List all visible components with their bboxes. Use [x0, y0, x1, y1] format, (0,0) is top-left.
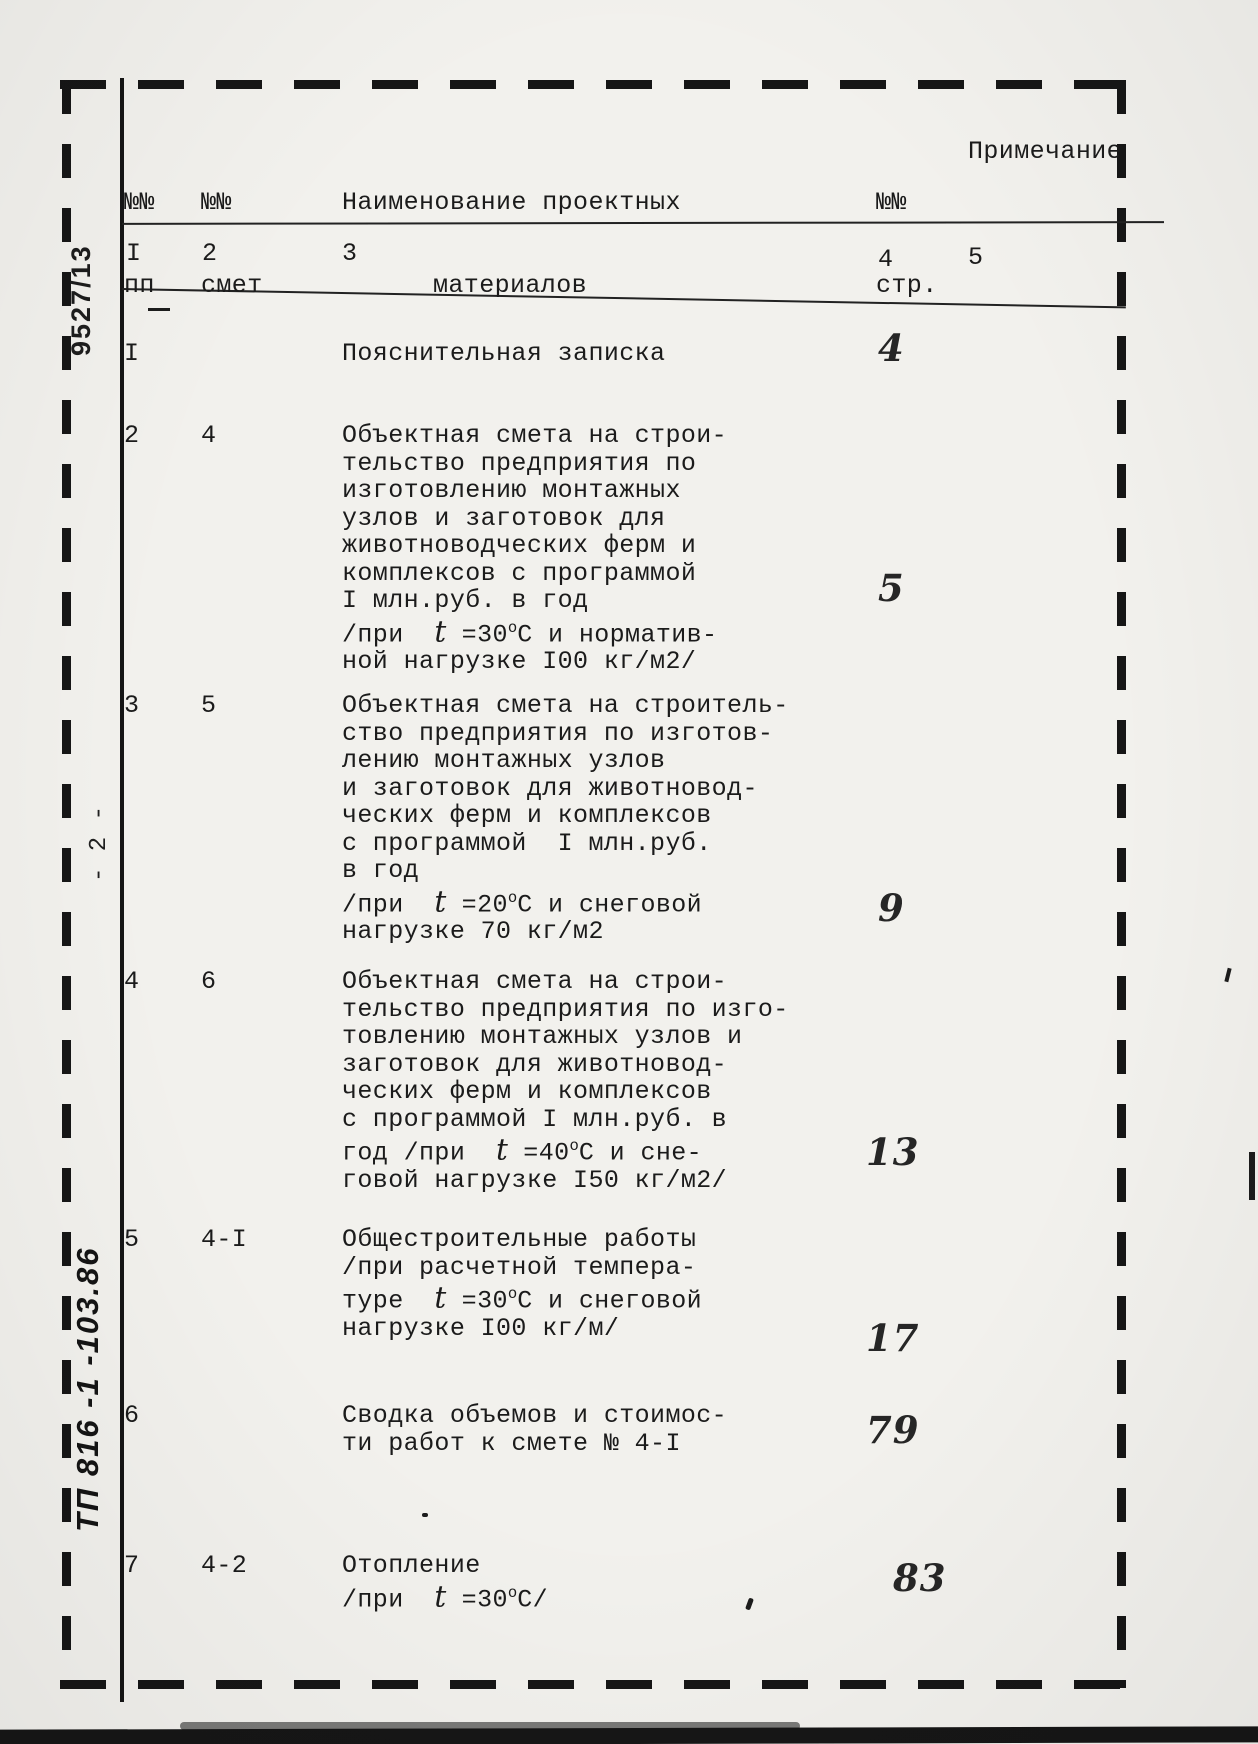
estimate-number: 4-I: [201, 1226, 247, 1254]
row-title: Пояснительная записка: [342, 340, 665, 368]
scan-artifact: [1224, 968, 1231, 983]
scan-artifact: [1249, 1152, 1255, 1200]
row-title-line: нагрузке I00 кг/м/: [342, 1315, 702, 1343]
row-title-line: товлению монтажных узлов и: [342, 1023, 789, 1051]
header-col-name: Наименование проектных материалов: [342, 134, 678, 354]
row-title-line: /при t =30oC/: [342, 1580, 548, 1614]
header-col-name-line1: Наименование проектных: [342, 189, 678, 217]
row-title-line: с программой I млн.руб. в: [342, 1106, 789, 1134]
row-number: 6: [124, 1402, 139, 1430]
row-title-line: год /при t =40oC и сне-: [342, 1133, 789, 1167]
row-title-line: тельство предприятия по изго-: [342, 996, 789, 1024]
row-title-line: ти работ к смете № 4-I: [342, 1430, 727, 1458]
row-number: 7: [124, 1552, 139, 1580]
header-col-page: №№ стр.: [876, 134, 938, 354]
column-number-4: 4: [878, 246, 893, 274]
sheet-number-label: - 2 -: [86, 805, 114, 882]
column-number-5: 5: [968, 244, 983, 272]
row-title-line: с программой I млн.руб.: [342, 830, 789, 858]
row-title-line: тельство предприятия по: [342, 450, 727, 478]
estimate-number: 5: [201, 692, 216, 720]
row-title-line: узлов и заготовок для: [342, 505, 727, 533]
header-col-page-line1: №№: [876, 189, 938, 217]
row-title-line: Пояснительная записка: [342, 340, 665, 368]
row-number: I: [124, 340, 139, 368]
page-number: 13: [866, 1130, 920, 1174]
row-title: Сводка объемов и стоимос-ти работ к смет…: [342, 1402, 727, 1457]
page-number: 4: [878, 326, 905, 370]
page-number: 5: [878, 566, 905, 610]
row-number: 5: [124, 1226, 139, 1254]
row-title: Отопление/при t =30oC/: [342, 1552, 548, 1613]
border-bottom: [60, 1680, 1126, 1689]
page-number: 79: [866, 1408, 920, 1452]
project-code-stamp: ТП 816 -1 -103.86: [70, 1247, 106, 1533]
border-right: [1117, 80, 1126, 1688]
row-title-line: ной нагрузке I00 кг/м2/: [342, 648, 727, 676]
row-number: 2: [124, 422, 139, 450]
row-title-line: Общестроительные работы: [342, 1226, 702, 1254]
estimate-number: 6: [201, 968, 216, 996]
column-number-3: 3: [342, 240, 357, 268]
row-title-line: /при расчетной темпера-: [342, 1254, 702, 1282]
row-title: Объектная смета на строи-тельство предпр…: [342, 422, 727, 676]
row-title-line: Объектная смета на строитель-: [342, 692, 789, 720]
row-title-line: Сводка объемов и стоимос-: [342, 1402, 727, 1430]
row-number: 3: [124, 692, 139, 720]
row-title-line: лению монтажных узлов: [342, 747, 789, 775]
row-title-line: ство предприятия по изготов-: [342, 720, 789, 748]
header-col-pp-line1: №№: [124, 189, 186, 217]
header-col-note: Примечание: [968, 138, 1122, 166]
border-top: [60, 80, 1126, 89]
scanned-page: 9527/13 - 2 - ТП 816 -1 -103.86 №№ пп №№…: [0, 0, 1258, 1744]
row-title-line: туре t =30oC и снеговой: [342, 1281, 702, 1315]
header-col-name-line2: материалов: [342, 272, 678, 300]
row-title-line: ческих ферм и комплексов: [342, 802, 789, 830]
row-title-line: говой нагрузке I50 кг/м2/: [342, 1167, 789, 1195]
row-title-line: /при t =20oC и снеговой: [342, 885, 789, 919]
row-title-line: I млн.руб. в год: [342, 587, 727, 615]
page-number: 83: [893, 1556, 947, 1600]
scan-artifact: [422, 1513, 428, 1517]
inventory-number-stamp: 9527/13: [66, 244, 97, 356]
page-number: 17: [866, 1316, 920, 1360]
row-title-line: комплексов с программой: [342, 560, 727, 588]
row-title-line: ческих ферм и комплексов: [342, 1078, 789, 1106]
scan-artifact: [745, 1598, 754, 1611]
estimate-number: 4: [201, 422, 216, 450]
row-title-line: Объектная смета на строи-: [342, 968, 789, 996]
header-col-smeta-line1: №№: [201, 189, 263, 217]
row-title-line: /при t =30oC и норматив-: [342, 615, 727, 649]
row-title-line: Отопление: [342, 1552, 548, 1580]
row-number: 4: [124, 968, 139, 996]
row-title: Объектная смета на строитель-ство предпр…: [342, 692, 789, 946]
row-title-line: и заготовок для животновод-: [342, 775, 789, 803]
header-col-page-line2: стр.: [876, 272, 938, 300]
row-title-line: нагрузке 70 кг/м2: [342, 918, 789, 946]
header-col-pp-line2: пп: [124, 272, 186, 300]
page-number: 9: [878, 886, 905, 930]
row-title-line: изготовлению монтажных: [342, 477, 727, 505]
header-col-smeta-line2: смет: [201, 272, 263, 300]
row-title: Объектная смета на строи-тельство предпр…: [342, 968, 789, 1194]
scan-edge-band-2: [180, 1722, 800, 1730]
row-title-line: животноводческих ферм и: [342, 532, 727, 560]
column-number-1: I: [126, 240, 141, 268]
row-title-line: заготовок для животновод-: [342, 1051, 789, 1079]
row-title-line: Объектная смета на строи-: [342, 422, 727, 450]
row-title-line: в год: [342, 857, 789, 885]
estimate-number: 4-2: [201, 1552, 247, 1580]
row-title: Общестроительные работы/при расчетной те…: [342, 1226, 702, 1342]
column-number-2: 2: [202, 240, 217, 268]
